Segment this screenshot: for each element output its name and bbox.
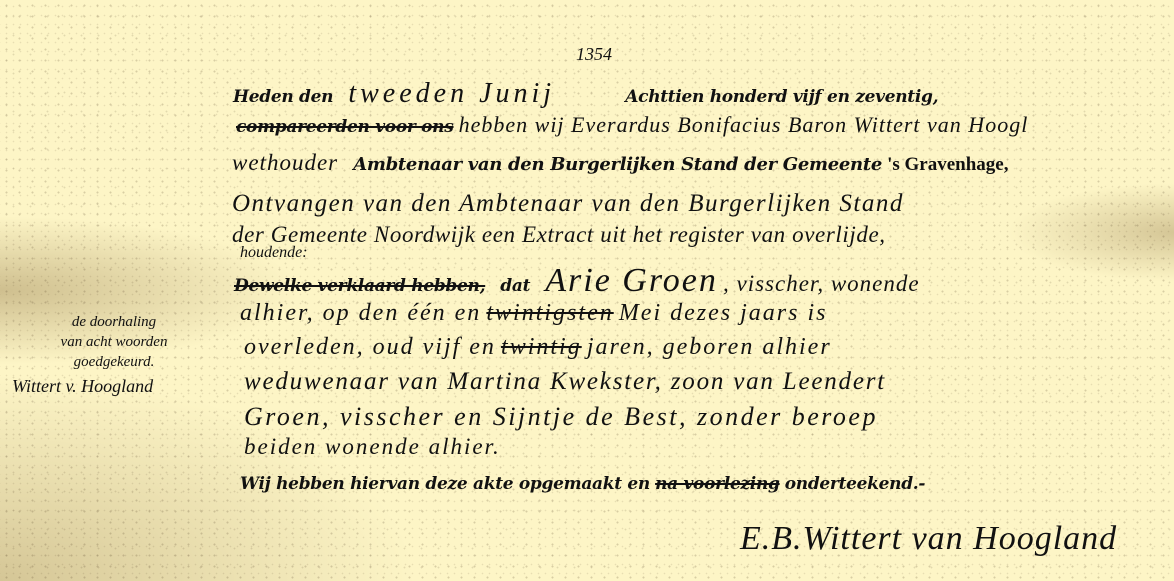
printed-text: Heden den	[233, 87, 333, 107]
inserted-word: houdende:	[240, 244, 308, 262]
margin-note-line: de doorhaling	[4, 312, 224, 332]
printed-year: Achttien honderd vijf en zeventig,	[625, 87, 938, 107]
handwritten-text: beiden wonende alhier.	[244, 434, 501, 459]
line-8: overleden, oud vijf en twintig jaren, ge…	[244, 334, 832, 361]
struck-printed-text: Dewelke verklaard hebben,	[234, 276, 485, 296]
line-4: Ontvangen van den Ambtenaar van den Burg…	[232, 190, 904, 218]
line-7: alhier, op den één en twintigsten Mei de…	[240, 300, 827, 327]
line-12: Wij hebben hiervan deze akte opgemaakt e…	[240, 474, 925, 494]
line-1: Heden den tweeden Junij Achttien honderd…	[233, 78, 938, 110]
municipality-name: 's Gravenhage,	[887, 154, 1008, 175]
handwritten-text: Ontvangen van den Ambtenaar van den Burg…	[232, 190, 904, 217]
handwritten-title: wethouder	[232, 150, 338, 175]
margin-signature: Wittert v. Hoogland	[4, 376, 224, 396]
handwritten-text: Groen, visscher en Sijntje de Best, zond…	[244, 402, 878, 431]
margin-note-line: van acht woorden	[4, 332, 224, 352]
handwritten-occupation: , visscher, wonende	[723, 271, 920, 296]
handwritten-text: jaren, geboren alhier	[587, 334, 832, 360]
handwritten-text: weduwenaar van Martina Kwekster, zoon va…	[244, 368, 886, 395]
printed-text: Wij hebben hiervan deze akte opgemaakt e…	[240, 474, 650, 494]
handwritten-text: der Gemeente Noordwijk een Extract uit h…	[232, 222, 886, 247]
line-3: wethouder Ambtenaar van den Burgerlijken…	[232, 150, 1009, 176]
line-2: compareerden voor ons hebben wij Everard…	[236, 112, 1028, 138]
line-10: Groen, visscher en Sijntje de Best, zond…	[244, 402, 878, 432]
deceased-name: Arie Groen	[545, 262, 718, 299]
struck-handwritten-text: twintig	[501, 334, 582, 360]
line-9: weduwenaar van Martina Kwekster, zoon va…	[244, 368, 886, 396]
printed-text: Ambtenaar van den Burgerlijken Stand der…	[353, 154, 882, 175]
handwritten-officer-name: hebben wij Everardus Bonifacius Baron Wi…	[459, 112, 1029, 137]
record-number: 1354	[576, 44, 612, 65]
handwritten-text: alhier, op den één en	[240, 300, 481, 326]
margin-note: de doorhaling van acht woorden goedgekeu…	[4, 312, 224, 396]
handwritten-text: Mei dezes jaars is	[619, 300, 828, 326]
handwritten-text: overleden, oud vijf en	[244, 334, 496, 360]
printed-text: dat	[500, 276, 530, 296]
line-5: der Gemeente Noordwijk een Extract uit h…	[232, 222, 886, 248]
line-11: beiden wonende alhier.	[244, 434, 501, 460]
handwritten-date: tweeden Junij	[348, 78, 555, 109]
margin-note-line: goedgekeurd.	[4, 352, 224, 372]
struck-printed-text: na voorlezing	[655, 474, 780, 494]
struck-handwritten-text: twintigsten	[486, 300, 613, 326]
official-signature: E.B.Wittert van Hoogland	[740, 520, 1117, 558]
line-6: Dewelke verklaard hebben, dat Arie Groen…	[234, 262, 920, 300]
printed-text: onderteekend.-	[785, 474, 925, 494]
struck-printed-text: compareerden voor ons	[236, 117, 454, 137]
